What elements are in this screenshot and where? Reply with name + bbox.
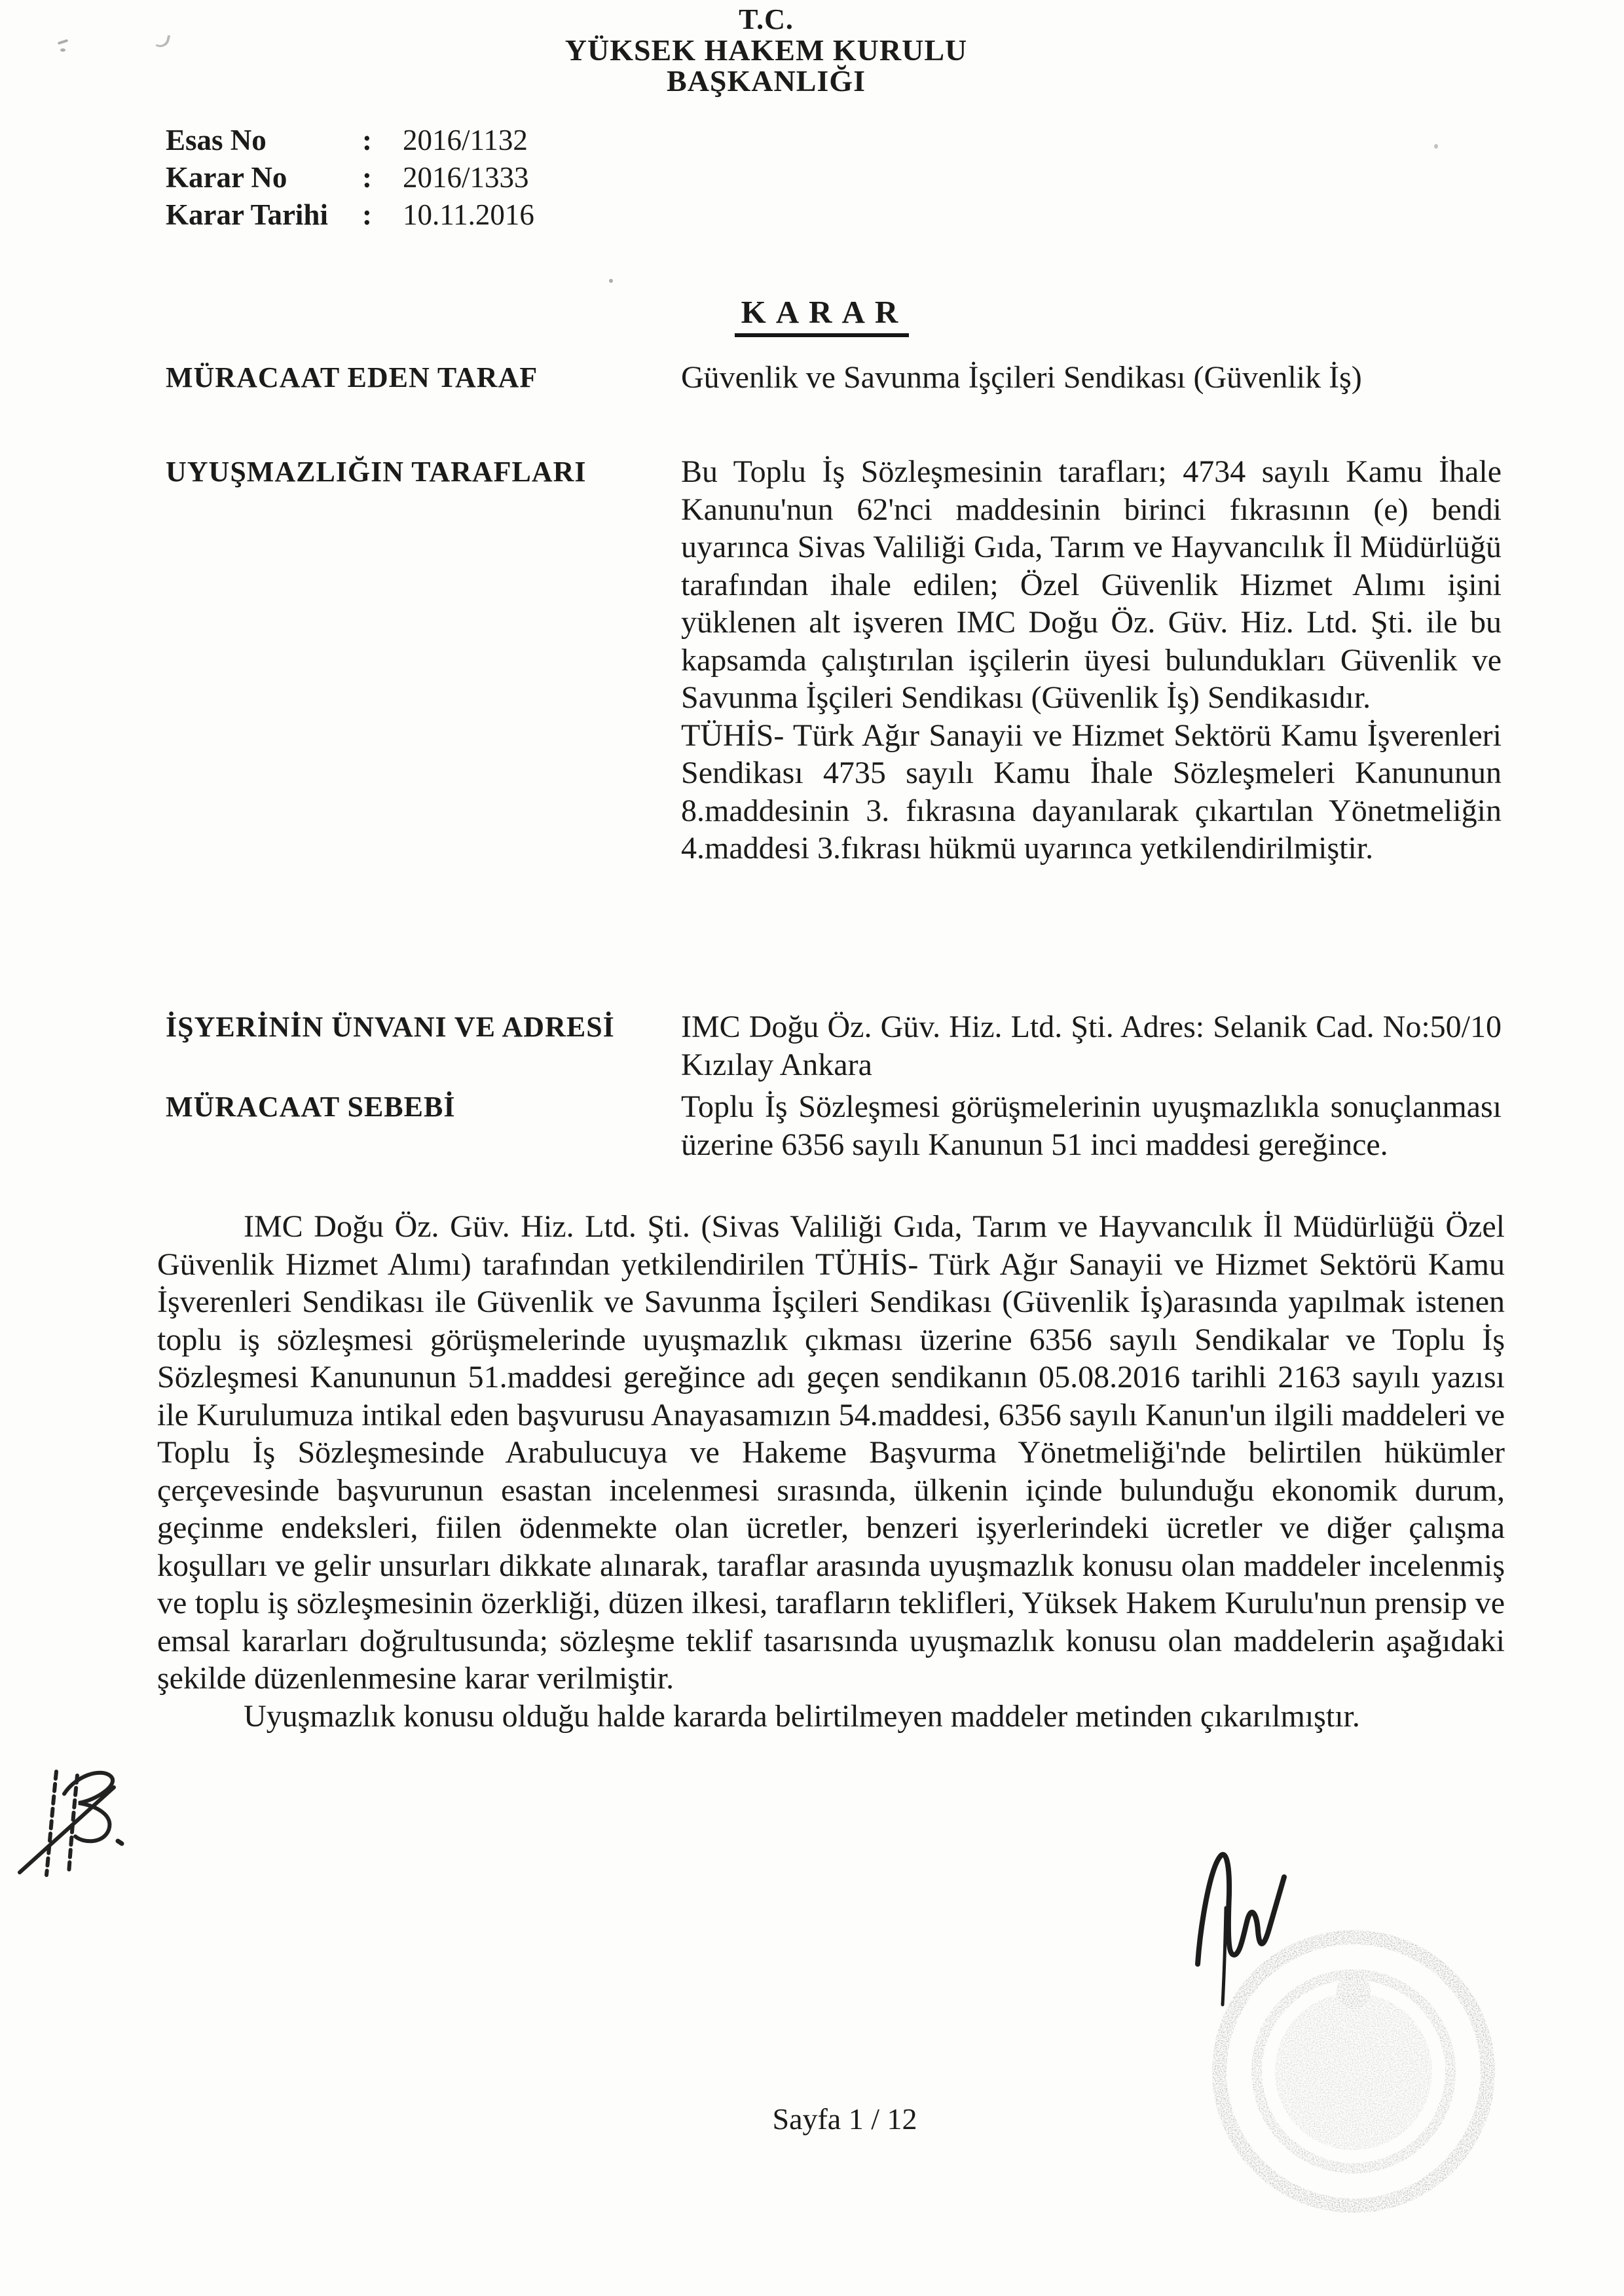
case-number-value: 2016/1132 bbox=[403, 122, 528, 159]
decision-number-label: Karar No bbox=[166, 159, 362, 196]
institution-name: YÜKSEK HAKEM KURULU bbox=[0, 35, 1532, 65]
workplace-title-address-value: IMC Doğu Öz. Güv. Hiz. Ltd. Şti. Adres: … bbox=[681, 1008, 1502, 1084]
scan-artifact bbox=[1434, 144, 1438, 149]
applicant-party-label: MÜRACAAT EDEN TARAF bbox=[166, 361, 538, 394]
institution-presidency: BAŞKANLIĞI bbox=[0, 65, 1532, 96]
applicant-party-value: Güvenlik ve Savunma İşçileri Sendikası (… bbox=[681, 359, 1502, 397]
decision-heading-wrap: KARAR bbox=[0, 293, 1624, 337]
decision-body: IMC Doğu Öz. Güv. Hiz. Ltd. Şti. (Sivas … bbox=[157, 1208, 1505, 1735]
workplace-title-address-text: IMC Doğu Öz. Güv. Hiz. Ltd. Şti. Adres: … bbox=[681, 1008, 1502, 1084]
applicant-party-text: Güvenlik ve Savunma İşçileri Sendikası (… bbox=[681, 359, 1502, 397]
decision-body-paragraph-1: IMC Doğu Öz. Güv. Hiz. Ltd. Şti. (Sivas … bbox=[157, 1208, 1505, 1698]
scanned-decision-page: T.C. YÜKSEK HAKEM KURULU BAŞKANLIĞI Esas… bbox=[0, 0, 1624, 2296]
case-number-row: Esas No : 2016/1132 bbox=[166, 122, 534, 159]
page-number: Sayfa 1 / 12 bbox=[65, 2102, 1624, 2136]
document-header: T.C. YÜKSEK HAKEM KURULU BAŞKANLIĞI bbox=[0, 4, 1532, 96]
faint-round-ink-stamp bbox=[1208, 1926, 1500, 2217]
decision-date-value: 10.11.2016 bbox=[403, 196, 534, 234]
decision-number-value: 2016/1333 bbox=[403, 159, 529, 196]
dispute-parties-text-2: TÜHİS- Türk Ağır Sanayii ve Hizmet Sektö… bbox=[681, 717, 1502, 867]
scan-artifact bbox=[60, 48, 65, 52]
application-reason-label: MÜRACAAT SEBEBİ bbox=[166, 1090, 455, 1123]
separator-colon: : bbox=[362, 122, 403, 159]
decision-date-row: Karar Tarihi : 10.11.2016 bbox=[166, 196, 534, 234]
case-number-label: Esas No bbox=[166, 122, 362, 159]
application-reason-text: Toplu İş Sözleşmesi görüşmelerinin uyuşm… bbox=[681, 1088, 1502, 1163]
application-reason-value: Toplu İş Sözleşmesi görüşmelerinin uyuşm… bbox=[681, 1088, 1502, 1163]
handwritten-initials-paraph bbox=[14, 1762, 139, 1897]
scan-artifact bbox=[609, 279, 613, 283]
workplace-title-address-label: İŞYERİNİN ÜNVANI VE ADRESİ bbox=[166, 1010, 615, 1044]
republic-abbrev: T.C. bbox=[0, 4, 1532, 35]
decision-heading: KARAR bbox=[735, 293, 910, 337]
separator-colon: : bbox=[362, 196, 403, 234]
dispute-parties-text-1: Bu Toplu İş Sözleşmesinin tarafları; 473… bbox=[681, 453, 1502, 717]
dispute-parties-label: UYUŞMAZLIĞIN TARAFLARI bbox=[166, 455, 587, 488]
separator-colon: : bbox=[362, 159, 403, 196]
case-info-block: Esas No : 2016/1132 Karar No : 2016/1333… bbox=[166, 122, 534, 234]
decision-body-paragraph-2: Uyuşmazlık konusu olduğu halde kararda b… bbox=[157, 1698, 1505, 1736]
decision-number-row: Karar No : 2016/1333 bbox=[166, 159, 534, 196]
decision-date-label: Karar Tarihi bbox=[166, 196, 362, 234]
dispute-parties-value: Bu Toplu İş Sözleşmesinin tarafları; 473… bbox=[681, 453, 1502, 867]
